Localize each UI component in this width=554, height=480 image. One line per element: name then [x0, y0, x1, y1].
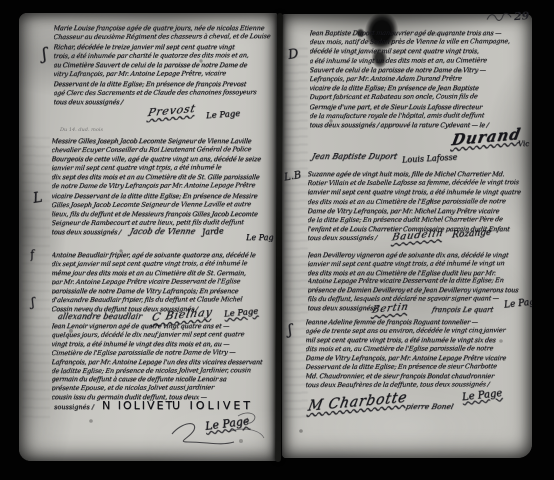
entry-closing: soussignés /: [54, 403, 94, 411]
manuscript-line: de la manufacture royale de l'hôpital, a…: [310, 111, 532, 121]
manuscript-line: vitry Lafrançois, par Mr. Antoine Lepage…: [54, 70, 272, 80]
manuscript-line: dix sept janvier mil sept cent quatre vi…: [52, 259, 273, 269]
manuscript-line: dits mois et an, au Cimetière de l'Eglis…: [306, 344, 532, 354]
burial-entry: Jean Devilleroy vigneron agé de soixante…: [308, 251, 532, 313]
manuscript-line: fils du deffunt, lesquels ont déclaré ne…: [308, 294, 532, 304]
manuscript-line: chevalier Ecuyer Conseiller du Roi Lieut…: [52, 145, 273, 155]
margin-mark: D: [287, 46, 300, 62]
manuscript-line: agée de trente sept ans ou environ, décé…: [306, 326, 532, 336]
manuscript-line: des dits mois et an au Cimetière de l'Eg…: [308, 197, 532, 207]
burial-entry: Antoine Beaudlair fripier, agé de soixan…: [52, 251, 273, 314]
page-ghost-texture: [22, 130, 50, 420]
folio-number-text: 29: [514, 9, 530, 23]
manuscript-line: Rotier Villain et de Isabelle Lafosse sa…: [308, 178, 532, 188]
manuscript-line: quelques jours, décédé le dix neuf janvi…: [52, 330, 273, 340]
signature: Le Page: [246, 233, 274, 242]
signature: allexandre beaudlair: [57, 312, 143, 321]
faint-note: Du 14. dud. mois: [60, 127, 103, 133]
manuscript-line: Desservant de la ditte Eglise; En présen…: [306, 362, 532, 372]
manuscript-line: tous deux soussignés /: [308, 304, 532, 313]
manuscript-line: d'alexandre Beaudlair fripier, fils du d…: [52, 295, 273, 305]
manuscript-line: de notre Dame de Vitry Lefrançois par Mr…: [52, 182, 273, 192]
manuscript-line: janvier mil sept cent quatre vingt trois…: [52, 163, 273, 173]
manuscript-line: agé Clerc des Sacrements et de Claude de…: [54, 88, 272, 98]
manuscript-line: de laditte Eglise; En présence de nicola…: [52, 366, 273, 376]
signature: pierre Bonel: [405, 402, 455, 411]
burial-entry: Jean Baptiste Duport manouvrier agé de q…: [310, 29, 532, 130]
burial-entry: Marie Louise françoise agée de quatre jo…: [54, 24, 272, 108]
manuscript-line: par Mr. Antoine Lepage Prêtre vicaire De…: [52, 277, 273, 287]
manuscript-line: Gilles Joseph Jacob Lecomte Seigneur de …: [52, 200, 273, 210]
manuscript-line: de la ditte Eglise; En présence dudit Mi…: [308, 215, 532, 225]
signature-suffix: Vic: [518, 140, 529, 148]
manuscript-line: Antoine Lepage Prêtre vicaire Desservant…: [308, 276, 532, 286]
manuscript-line: deux mois, natif de Sedan près de Vienne…: [310, 37, 532, 47]
burial-entry: Messire Gilles Joseph Jacob Lecomte Seig…: [52, 137, 273, 237]
signature-flourish: [168, 408, 268, 448]
signature: Jacob de Vienne: [129, 227, 197, 236]
manuscript-line: Cimetière de l'Eglise paroissialle de no…: [52, 348, 273, 358]
manuscript-line: a été inhumé le vingt un des dits mois e…: [310, 56, 532, 66]
signature: N IOLIVET: [102, 399, 174, 412]
signature: françois Le quart: [431, 306, 494, 314]
manuscript-line: présente Epouse, et de nicolas Jolivet a…: [52, 383, 273, 393]
interline-note: en Kerry: [428, 33, 448, 38]
burial-entry: Jean Lenoir vigneron agé de quatre vingt…: [52, 322, 273, 402]
signature: Jean Baptiste Duport: [311, 152, 398, 161]
manuscript-line: Chasseur au deuxième Régiment des chasse…: [54, 32, 272, 42]
signature: Jarde: [202, 226, 224, 236]
manuscript-line: Lefrançois, par Mr. Antoine Adam Durand …: [310, 74, 532, 84]
manuscript-scan: 29 ʃ L f ʃ D L.B ʃ Marie Louise françois…: [0, 0, 554, 480]
page-ghost-texture: [284, 42, 308, 418]
manuscript-line: trois, a été inhumée par charité le quat…: [54, 51, 272, 61]
manuscript-line: janvier mil sept cent quatre vingt trois…: [308, 259, 532, 269]
manuscript-line: Duport fabricant et Rabateau son oncle, …: [310, 92, 532, 102]
paper-specks: [0, 0, 2, 2]
folio-flourish: [486, 10, 513, 23]
folio-number: 29: [486, 4, 549, 27]
burial-entry: Jeanne Adeline femme de françois Roguant…: [306, 318, 532, 390]
